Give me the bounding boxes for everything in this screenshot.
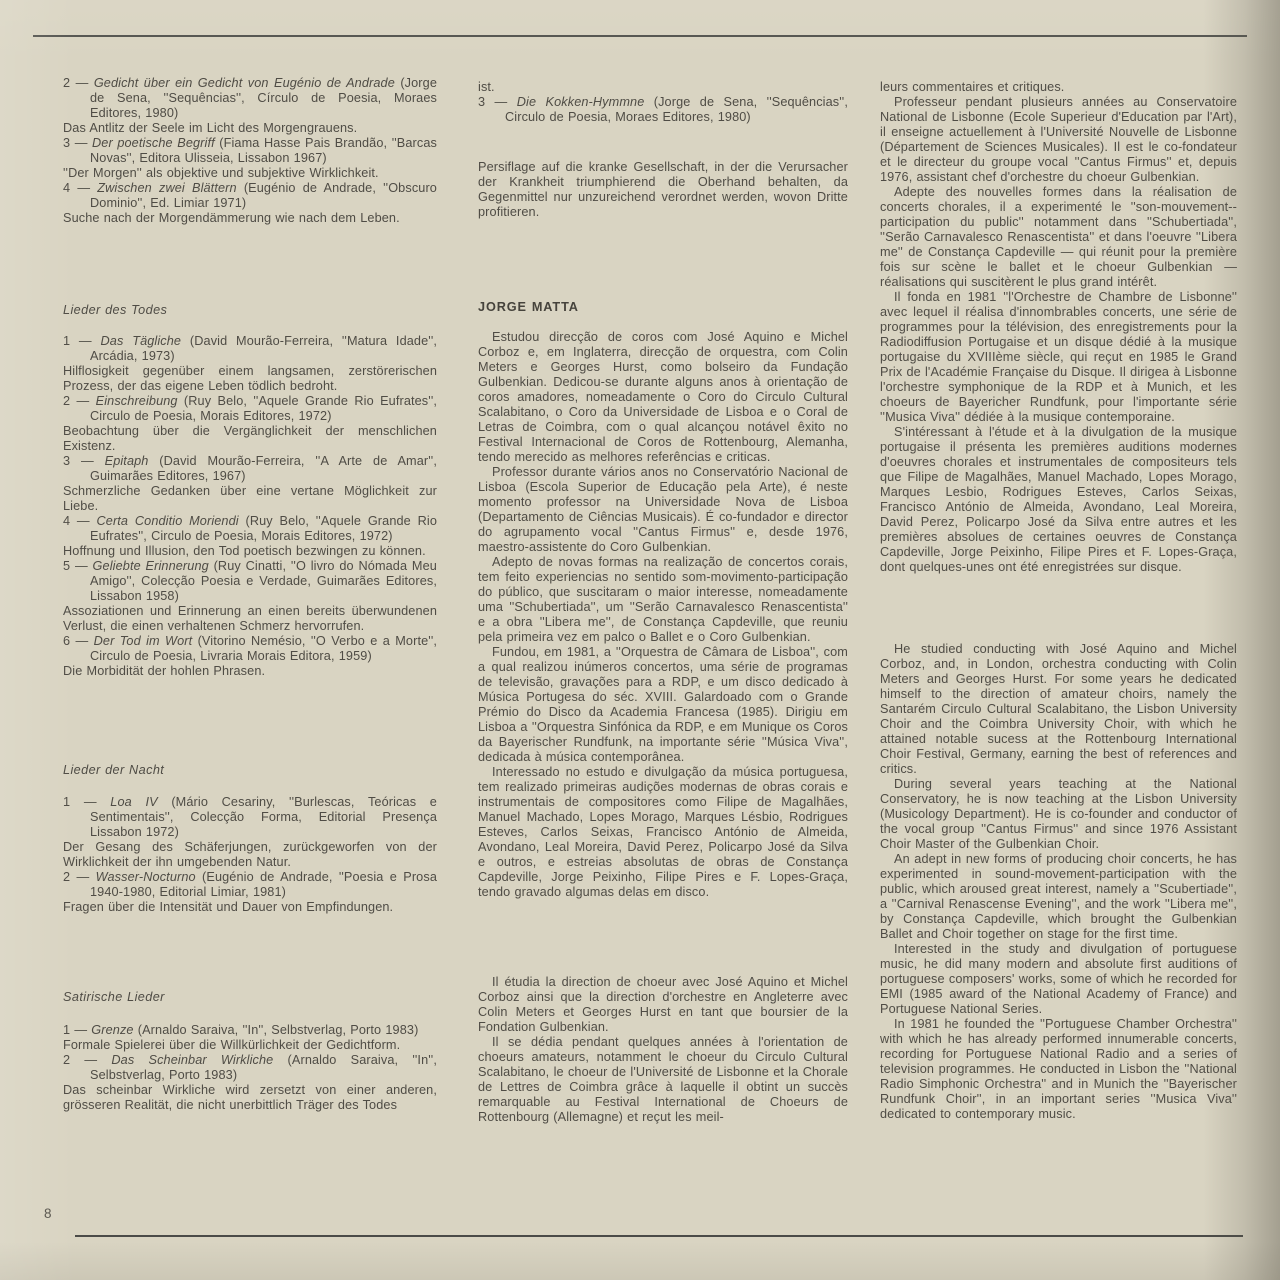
heading-satirische-lieder: Satirische Lieder [63, 990, 437, 1005]
text-paragraph: leurs commentaires et critiques. [880, 80, 1237, 95]
work-entry: 3 — Die Kokken-Hymmne (Jorge de Sena, ''… [478, 95, 848, 125]
work-description: Hilflosigkeit gegenüber einem langsamen,… [63, 364, 437, 394]
text-segment: 1 — [63, 795, 110, 809]
artist-name-heading: JORGE MATTA [478, 300, 848, 315]
column-right-biography: leurs commentaires et critiques.Professe… [880, 80, 1237, 1122]
work-description: Das scheinbar Wirkliche wird zersetzt vo… [63, 1083, 437, 1113]
text-segment: 2 — [63, 76, 94, 90]
work-entry: 1 — Grenze (Arnaldo Saraiva, ''In'', Sel… [63, 1023, 437, 1038]
work-description: Der Gesang des Schäferjungen, zurückgewo… [63, 840, 437, 870]
work-description: Beobachtung über die Vergänglichkeit der… [63, 424, 437, 454]
text-paragraph: Il se dédia pendant quelques années à l'… [478, 1035, 848, 1125]
text-paragraph: Professor durante vários anos no Conserv… [478, 465, 848, 555]
text-segment: 3 — [63, 454, 105, 468]
text-paragraph: Persiflage auf die kranke Gesellschaft, … [478, 160, 848, 220]
work-description: Fragen über die Intensität und Dauer von… [63, 900, 437, 915]
text-paragraph: Il fonda en 1981 ''l'Orchestre de Chambr… [880, 290, 1237, 425]
bottom-rule [75, 1235, 1243, 1237]
heading-lieder-der-nacht: Lieder der Nacht [63, 763, 437, 778]
work-title: Epitaph [105, 454, 149, 468]
work-title: Der Tod im Wort [94, 634, 193, 648]
work-title: Zwischen zwei Blättern [97, 181, 236, 195]
work-description: Das Antlitz der Seele im Licht des Morge… [63, 121, 437, 136]
work-title: Geliebte Erinnerung [93, 559, 209, 573]
text-segment: 5 — [63, 559, 93, 573]
text-segment: 2 — [63, 394, 96, 408]
work-entry: 5 — Geliebte Erinnerung (Ruy Cinatti, ''… [63, 559, 437, 604]
text-paragraph: Adepte des nouvelles formes dans la réal… [880, 185, 1237, 290]
text-segment: 3 — [63, 136, 92, 150]
work-description: ''Der Morgen'' als objektive und subjekt… [63, 166, 437, 181]
work-entry: 3 — Der poetische Begriff (Fiama Hasse P… [63, 136, 437, 166]
text-paragraph: Adepto de novas formas na realização de … [478, 555, 848, 645]
text-paragraph: S'intéressant à l'étude et à la divulgat… [880, 425, 1237, 575]
text-segment: (Arnaldo Saraiva, ''In'', Selbstverlag, … [134, 1023, 419, 1037]
text-segment: 1 — [63, 334, 101, 348]
text-paragraph: In 1981 he founded the ''Portuguese Cham… [880, 1017, 1237, 1122]
text-paragraph: Il étudia la direction de choeur avec Jo… [478, 975, 848, 1035]
work-title: Gedicht über ein Gedicht von Eugénio de … [94, 76, 395, 90]
work-entry: 4 — Certa Conditio Moriendi (Ruy Belo, '… [63, 514, 437, 544]
work-description: Hoffnung und Illusion, den Tod poetisch … [63, 544, 437, 559]
text-paragraph: He studied conducting with José Aquino a… [880, 642, 1237, 777]
work-title: Certa Conditio Moriendi [96, 514, 238, 528]
column-german-worklist: 2 — Gedicht über ein Gedicht von Eugénio… [63, 76, 437, 1113]
work-title: Die Kokken-Hymmne [517, 95, 645, 109]
column-center-biography: ist.3 — Die Kokken-Hymmne (Jorge de Sena… [478, 80, 848, 1125]
work-description: Schmerzliche Gedanken über eine vertane … [63, 484, 437, 514]
text-paragraph: During several years teaching at the Nat… [880, 777, 1237, 852]
text-paragraph: Estudou direcção de coros com José Aquin… [478, 330, 848, 465]
text-segment: 4 — [63, 514, 96, 528]
heading-lieder-des-todes: Lieder des Todes [63, 303, 437, 318]
work-title: Grenze [91, 1023, 133, 1037]
work-entry: 2 — Wasser-Nocturno (Eugénio de Andrade,… [63, 870, 437, 900]
work-title: Das Scheinbar Wirkliche [111, 1053, 273, 1067]
work-entry: 4 — Zwischen zwei Blättern (Eugénio de A… [63, 181, 437, 211]
text-segment: 1 — [63, 1023, 91, 1037]
top-rule [33, 35, 1247, 37]
work-entry: 1 — Loa IV (Mário Cesariny, ''Burlescas,… [63, 795, 437, 840]
text-paragraph: ist. [478, 80, 848, 95]
text-paragraph: Interested in the study and divulgation … [880, 942, 1237, 1017]
text-paragraph: Interessado no estudo e divulgação da mú… [478, 765, 848, 900]
work-description: Suche nach der Morgendämmerung wie nach … [63, 211, 437, 226]
work-entry: 2 — Das Scheinbar Wirkliche (Arnaldo Sar… [63, 1053, 437, 1083]
work-entry: 2 — Gedicht über ein Gedicht von Eugénio… [63, 76, 437, 121]
text-segment: 2 — [63, 1053, 111, 1067]
work-entry: 1 — Das Tägliche (David Mourão-Ferreira,… [63, 334, 437, 364]
work-title: Loa IV [110, 795, 157, 809]
text-paragraph: Fundou, em 1981, a ''Orquestra de Câmara… [478, 645, 848, 765]
work-title: Der poetische Begriff [92, 136, 215, 150]
work-title: Das Tägliche [101, 334, 182, 348]
text-paragraph: An adept in new forms of producing choir… [880, 852, 1237, 942]
page-number: 8 [44, 1206, 52, 1221]
text-segment: 6 — [63, 634, 94, 648]
work-title: Wasser-Nocturno [96, 870, 196, 884]
work-entry: 3 — Epitaph (David Mourão-Ferreira, ''A … [63, 454, 437, 484]
text-segment: 4 — [63, 181, 97, 195]
text-segment: 3 — [478, 95, 517, 109]
work-entry: 2 — Einschreibung (Ruy Belo, ''Aquele Gr… [63, 394, 437, 424]
work-entry: 6 — Der Tod im Wort (Vitorino Nemésio, '… [63, 634, 437, 664]
work-title: Einschreibung [96, 394, 178, 408]
work-description: Assoziationen und Erinnerung an einen be… [63, 604, 437, 634]
text-segment: 2 — [63, 870, 96, 884]
work-description: Die Morbidität der hohlen Phrasen. [63, 664, 437, 679]
text-paragraph: Professeur pendant plusieurs années au C… [880, 95, 1237, 185]
work-description: Formale Spielerei über die Willkürlichke… [63, 1038, 437, 1053]
